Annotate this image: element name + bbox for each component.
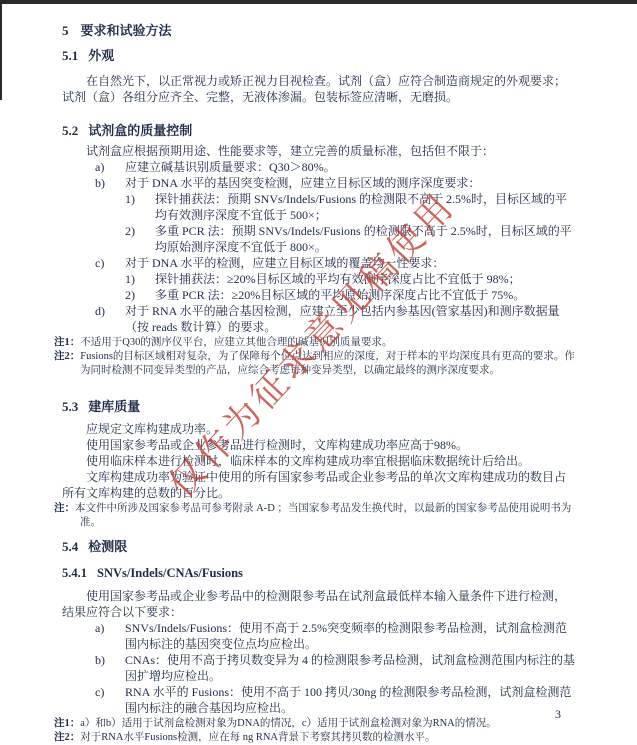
section-5-4-1-number: 5.4.1: [62, 566, 87, 580]
sub-item-2: 2) 多重 PCR 法：预期 SNVs/Indels/Fusions 的检测限不…: [125, 223, 577, 255]
item-label: b): [95, 652, 125, 684]
item-label: a): [95, 620, 125, 652]
item-label: 2): [125, 223, 155, 255]
section-5-3-paragraph: 使用临床样本进行检测时，临床样本的文库构建成功率宜根据临床数据统计后给出。: [62, 453, 577, 469]
section-5-3-paragraph: 应规定文库构建成功率。: [62, 421, 577, 437]
sublist-b: 1) 探针捕获法：预期 SNVs/Indels/Fusions 的检测限不高于 …: [125, 191, 577, 255]
item-label: 1): [125, 271, 155, 287]
section-5-3-title: 建库质量: [88, 399, 140, 414]
item-text: 应建立碱基识别质量要求：Q30＞80%。: [125, 159, 577, 175]
item-text: 探针捕获法：预期 SNVs/Indels/Fusions 的检测限不高于 2.5…: [155, 191, 577, 223]
section-5-1-number: 5.1: [62, 48, 78, 63]
item-label: b): [95, 175, 125, 191]
note-label: 注：: [54, 503, 75, 514]
item-label: d): [95, 303, 125, 335]
item-text: 多重 PCR 法：预期 SNVs/Indels/Fusions 的检测限不高于 …: [155, 223, 577, 255]
note-label: 注2：: [54, 732, 80, 743]
section-5-4-1-title: SNVs/Indels/CNAs/Fusions: [97, 566, 243, 580]
note-label: 注1：: [54, 718, 80, 729]
section-5-1-paragraph: 在自然光下，以正常视力或矫正视力目视检查。试剂（盒）应符合制造商规定的外观要求；…: [62, 73, 577, 105]
page-number: 3: [555, 707, 561, 722]
item-text: 探针捕获法：≥20%目标区域的平均有效测序深度占比不宜低于 98%；: [155, 271, 577, 287]
section-5-3-paragraph: 文库构建成功率为验证中使用的所有国家参考品或企业参考品的单次文库构建成功的数目占…: [62, 469, 577, 501]
section-5-4-1-intro: 使用国家参考品或企业参考品中的检测限参考品在试剂盒最低样本输入量条件下进行检测，…: [62, 588, 577, 620]
note-label: 注2：: [54, 351, 80, 362]
note: 注：本文件中所涉及国家参考品可参考附录 A-D ；当国家参考品发生换代时，以最新…: [36, 502, 577, 530]
note-2: 注2：对于RNA水平Fusions检测，应在每 ng RNA背景下考察其拷贝数的…: [36, 731, 577, 745]
section-5-3-paragraph: 使用国家参考品或企业参考品进行检测时，文库构建成功率应高于98%。: [62, 437, 577, 453]
section-5-1-heading: 5.1外观: [62, 47, 577, 65]
item-label: 2): [125, 287, 155, 303]
list-item-c: c) RNA 水平的 Fusions：使用不高于 100 拷贝/30ng 的检测…: [95, 684, 577, 716]
list-item-d: d) 对于 RNA 水平的融合基因检测，应建立至少包括内参基因(管家基因)和测序…: [95, 303, 577, 335]
sublist-c: 1) 探针捕获法：≥20%目标区域的平均有效测序深度占比不宜低于 98%； 2)…: [125, 271, 577, 303]
item-label: a): [95, 159, 125, 175]
item-text: 对于 DNA 水平的基因突变检测，应建立目标区域的测序深度要求：: [125, 175, 577, 191]
chapter-title: 要求和试验方法: [81, 23, 172, 38]
note-1: 注1：不适用于Q30的测序仪平台，应建立其他合理的碱基识别质量要求。: [36, 336, 577, 350]
note-text: a）和b）适用于试剂盒检测对象为DNA的情况，c）适用于试剂盒检测对象为RNA的…: [80, 718, 497, 729]
note-label: 注1：: [54, 337, 80, 348]
section-5-4-heading: 5.4检测限: [62, 538, 577, 556]
note-text: 本文件中所涉及国家参考品可参考附录 A-D ；当国家参考品发生换代时，以最新的国…: [75, 503, 571, 528]
item-text: 对于 DNA 水平的检测，应建立目标区域的覆盖均一性要求：: [125, 255, 577, 271]
section-5-2-items: a) 应建立碱基识别质量要求：Q30＞80%。 b) 对于 DNA 水平的基因突…: [95, 159, 577, 335]
section-5-2-notes: 注1：不适用于Q30的测序仪平台，应建立其他合理的碱基识别质量要求。 注2：Fu…: [62, 336, 577, 378]
sub-item-1: 1) 探针捕获法：≥20%目标区域的平均有效测序深度占比不宜低于 98%；: [125, 271, 577, 287]
note-text: Fusions的目标区域相对复杂，为了保障每个位点达到相应的深度，对于样本的平均…: [80, 351, 575, 376]
section-5-4-number: 5.4: [62, 539, 78, 554]
sub-item-1: 1) 探针捕获法：预期 SNVs/Indels/Fusions 的检测限不高于 …: [125, 191, 577, 223]
item-text: 对于 RNA 水平的融合基因检测，应建立至少包括内参基因(管家基因)和测序数据量…: [125, 303, 577, 335]
section-5-2-number: 5.2: [62, 123, 78, 138]
note-1: 注1：a）和b）适用于试剂盒检测对象为DNA的情况，c）适用于试剂盒检测对象为R…: [36, 717, 577, 731]
item-label: 1): [125, 191, 155, 223]
section-5-2-intro: 试剂盒应根据预期用途、性能要求等，建立完善的质量标准，包括但不限于：: [62, 143, 577, 159]
item-text: RNA 水平的 Fusions：使用不高于 100 拷贝/30ng 的检测限参考…: [125, 684, 577, 716]
section-5-1-title: 外观: [88, 48, 114, 63]
section-5-3-heading: 5.3建库质量: [62, 398, 577, 416]
section-5-4-1-notes: 注1：a）和b）适用于试剂盒检测对象为DNA的情况，c）适用于试剂盒检测对象为R…: [62, 717, 577, 745]
section-5-3-notes: 注：本文件中所涉及国家参考品可参考附录 A-D ；当国家参考品发生换代时，以最新…: [62, 502, 577, 530]
item-text: CNAs：使用不高于拷贝数变异为 4 的检测限参考品检测，试剂盒检测范围内标注的…: [125, 652, 577, 684]
section-5-2-heading: 5.2试剂盒的质量控制: [62, 122, 577, 140]
section-5-2-title: 试剂盒的质量控制: [88, 123, 192, 138]
list-item-b: b) 对于 DNA 水平的基因突变检测，应建立目标区域的测序深度要求：: [95, 175, 577, 191]
note-text: 对于RNA水平Fusions检测，应在每 ng RNA背景下考察其拷贝数的检测水…: [80, 732, 435, 743]
item-text: 多重 PCR 法：≥20%目标区域的平均原始测序深度占比不宜低于 75%。: [155, 287, 577, 303]
list-item-c: c) 对于 DNA 水平的检测，应建立目标区域的覆盖均一性要求：: [95, 255, 577, 271]
section-5-3-number: 5.3: [62, 399, 78, 414]
list-item-a: a) 应建立碱基识别质量要求：Q30＞80%。: [95, 159, 577, 175]
note-text: 不适用于Q30的测序仪平台，应建立其他合理的碱基识别质量要求。: [80, 337, 392, 348]
item-label: c): [95, 255, 125, 271]
list-item-b: b) CNAs：使用不高于拷贝数变异为 4 的检测限参考品检测，试剂盒检测范围内…: [95, 652, 577, 684]
item-text: SNVs/Indels/Fusions：使用不高于 2.5%突变频率的检测限参考…: [125, 620, 577, 652]
section-5-4-title: 检测限: [88, 539, 127, 554]
section-5-4-1-items: a) SNVs/Indels/Fusions：使用不高于 2.5%突变频率的检测…: [95, 620, 577, 716]
chapter-heading: 5要求和试验方法: [62, 22, 577, 40]
section-5-4-1-heading: 5.4.1SNVs/Indels/CNAs/Fusions: [62, 564, 577, 582]
note-2: 注2：Fusions的目标区域相对复杂，为了保障每个位点达到相应的深度，对于样本…: [36, 350, 577, 378]
sub-item-2: 2) 多重 PCR 法：≥20%目标区域的平均原始测序深度占比不宜低于 75%。: [125, 287, 577, 303]
list-item-a: a) SNVs/Indels/Fusions：使用不高于 2.5%突变频率的检测…: [95, 620, 577, 652]
document-page: 5要求和试验方法 5.1外观 在自然光下，以正常视力或矫正视力目视检查。试剂（盒…: [0, 0, 637, 745]
chapter-number: 5: [62, 23, 69, 38]
item-label: c): [95, 684, 125, 716]
